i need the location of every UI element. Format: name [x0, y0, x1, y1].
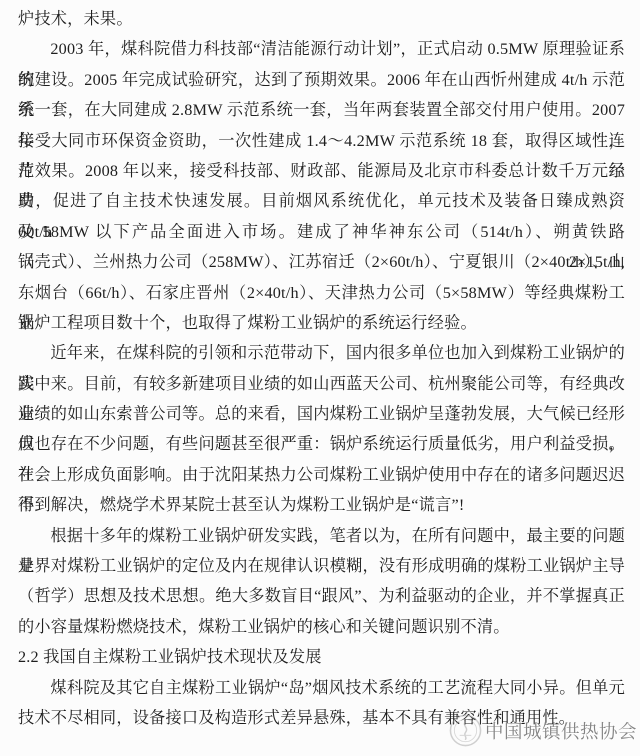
document-line: 2003 年，煤科院借力科技部“清洁能源行动计划”，正式启动 0.5MW 原理验…: [18, 34, 625, 64]
document-line: 社会上形成负面影响。由于沈阳某热力公司煤粉工业锅炉使用中存在的诸多问题迟迟得: [18, 460, 625, 490]
document-lines: 炉技术，未果。2003 年，煤科院借力科技部“清洁能源行动计划”，正式启动 0.…: [18, 4, 625, 733]
document-line: 近年来，在煤科院的引领和示范带动下，国内很多单位也加入到煤粉工业锅炉的实: [18, 338, 625, 368]
document-line: 范效果。2008 年以来，接受科技部、财政部、能源局及北京市科委总计数千万元经费…: [18, 156, 625, 186]
document-line: 的建设。2005 年完成试验研究，达到了预期效果。2006 年在山西忻州建成 4…: [18, 65, 625, 95]
document-page: 炉技术，未果。2003 年，煤科院借力科技部“清洁能源行动计划”，正式启动 0.…: [0, 0, 640, 756]
document-line: 统一套，在大同建成 2.8MW 示范系统一套，当年两套装置全部交付用户使用。20…: [18, 95, 625, 125]
document-line: 践中来。目前，有较多新建项目业绩的如山西蓝天公司、杭州聚能公司等，有经典改造: [18, 369, 625, 399]
document-line: 不到解决，燃烧学术界某院士甚至认为煤粉工业锅炉是“谎言”!: [18, 490, 625, 520]
document-line: 煤科院及其它自主煤粉工业锅炉“岛”烟风技术系统的工艺流程大同小异。但单元: [18, 673, 625, 703]
document-line: 根据十多年的煤粉工业锅炉研发实践，笔者以为，在所有问题中，最主要的问题是: [18, 521, 625, 551]
document-line: 及 58MW 以下产品全面进入市场。建成了神华神东公司（514t/h）、朔黄铁路…: [18, 217, 625, 247]
document-line: 的小容量煤粉燃烧技术，煤粉工业锅炉的核心和关键问题识别不清。: [18, 612, 625, 642]
document-line: 炉技术，未果。: [18, 4, 625, 34]
document-line: 接受大同市环保资金资助，一次性建成 1.4～4.2MW 示范系统 18 套，取得…: [18, 126, 625, 156]
document-line: 助，促进了自主技术快速发展。目前烟风系统优化，单元技术及装备日臻成熟，60t/h: [18, 186, 625, 216]
document-line: 2.2 我国自主煤粉工业锅炉技术现状及发展: [18, 642, 625, 672]
document-line: 锅壳式）、兰州热力公司（258MW）、江苏宿迁（2×60t/h）、宁夏银川（2×…: [18, 247, 625, 277]
document-line: （哲学）思想及技术思想。绝大多数盲目“跟风”、为利益驱动的企业，并不掌握真正: [18, 581, 625, 611]
document-line: 技术不尽相同，设备接口及构造形式差异悬殊，基本不具有兼容性和通用性。: [18, 703, 625, 733]
document-line: 东烟台（66t/h）、石家庄晋州（2×40t/h）、天津热力公司（5×58MW）…: [18, 278, 625, 308]
document-line: 业绩的如山东索普公司等。总的来看，国内煤粉工业锅炉呈蓬勃发展，大气候已经形成。: [18, 399, 625, 429]
document-line: 但也存在不少问题，有些问题甚至很严重：锅炉系统运行质量低劣，用户利益受损，在: [18, 429, 625, 459]
document-line: 业界对煤粉工业锅炉的定位及内在规律认识模糊，没有形成明确的煤粉工业锅炉主导: [18, 551, 625, 581]
document-line: 锅炉工程项目数十个，也取得了煤粉工业锅炉的系统运行经验。: [18, 308, 625, 338]
